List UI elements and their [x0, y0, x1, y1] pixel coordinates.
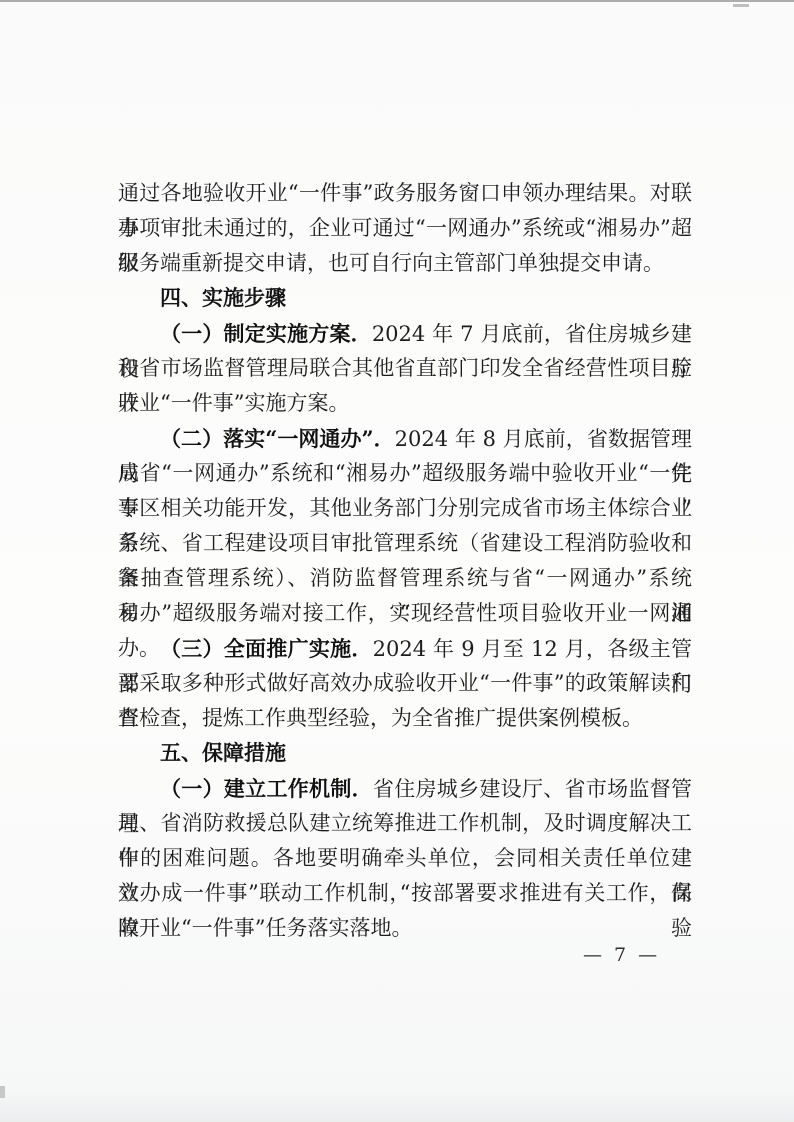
text-line: （一）建立工作机制．省住房城乡建设厅、省市场监督管理 — [118, 771, 692, 806]
paragraph-lead: （三）全面推广实施． — [160, 636, 373, 661]
paragraph-lead: （二）落实“一网通办”． — [160, 426, 395, 451]
text-line: 服务端重新提交申请，也可自行向主管部门单独提交申请。 — [118, 246, 692, 281]
section-heading: 五、保障措施 — [118, 736, 692, 771]
section-heading: 四、实施步骤 — [118, 281, 692, 316]
paragraph-lead: （一）建立工作机制． — [160, 776, 373, 801]
text-line-content: 开业“一件事”实施方案。 — [118, 391, 349, 415]
text-line: （一）制定实施方案．2024 年 7 月底前，省住房城乡建设厅 — [118, 316, 692, 351]
scan-edge-artifact — [0, 0, 794, 2]
text-line-content: 查检查，提炼工作典型经验，为全省推广提供案例模板。 — [118, 706, 643, 730]
text-line: （二）落实“一网通办”．2024 年 8 月底前，省数据管理局完 — [118, 421, 692, 456]
text-line: 易办”超级服务端对接工作，实现经营性项目验收开业一网通办。 — [118, 596, 692, 631]
text-line: 查检查，提炼工作典型经验，为全省推广提供案例模板。 — [118, 701, 692, 736]
page-number: — 7 — — [583, 944, 660, 966]
text-line-content: 服务端重新提交申请，也可自行向主管部门单独提交申请。 — [118, 251, 664, 275]
text-line-content: 收开业“一件事”任务落实落地。 — [118, 916, 412, 940]
scan-speck — [733, 4, 749, 7]
document-page: 通过各地验收开业“一件事”政务服务窗口申领办理结果。对联办 事项审批未通过的，企… — [0, 0, 794, 1122]
text-line: 案抽查管理系统）、消防监督管理系统与省“一网通办”系统和“湘 — [118, 561, 692, 596]
text-line: 成省“一网通办”系统和“湘易办”超级服务端中验收开业“一件事” — [118, 456, 692, 491]
section-heading-text: 五、保障措施 — [160, 742, 286, 765]
document-body: 通过各地验收开业“一件事”政务服务窗口申领办理结果。对联办 事项审批未通过的，企… — [118, 176, 692, 946]
text-line: （三）全面推广实施．2024 年 9 月至 12 月，各级主管部门 — [118, 631, 692, 666]
section-heading-text: 四、实施步骤 — [160, 287, 286, 310]
text-line: 中的困难问题。各地要明确牵头单位，会同相关责任单位建立“高 — [118, 841, 692, 876]
text-line: 事项审批未通过的，企业可通过“一网通办”系统或“湘易办”超级 — [118, 211, 692, 246]
text-line: 专区相关功能开发，其他业务部门分别完成省市场主体综合业务 — [118, 491, 692, 526]
text-line: 要采取多种形式做好高效办成验收开业“一件事”的政策解读和督 — [118, 666, 692, 701]
text-line: 系统、省工程建设项目审批管理系统（省建设工程消防验收和备 — [118, 526, 692, 561]
text-line: 通过各地验收开业“一件事”政务服务窗口申领办理结果。对联办 — [118, 176, 692, 211]
text-line: 效办成一件事”联动工作机制，按部署要求推进有关工作，保障验 — [118, 876, 692, 911]
text-line: 局、省消防救援总队建立统筹推进工作机制，及时调度解决工作 — [118, 806, 692, 841]
text-line: 开业“一件事”实施方案。 — [118, 386, 692, 421]
paragraph-lead: （一）制定实施方案． — [160, 321, 372, 346]
text-line: 和省市场监督管理局联合其他省直部门印发全省经营性项目验收 — [118, 351, 692, 386]
scan-haze-artifact — [0, 1088, 794, 1122]
